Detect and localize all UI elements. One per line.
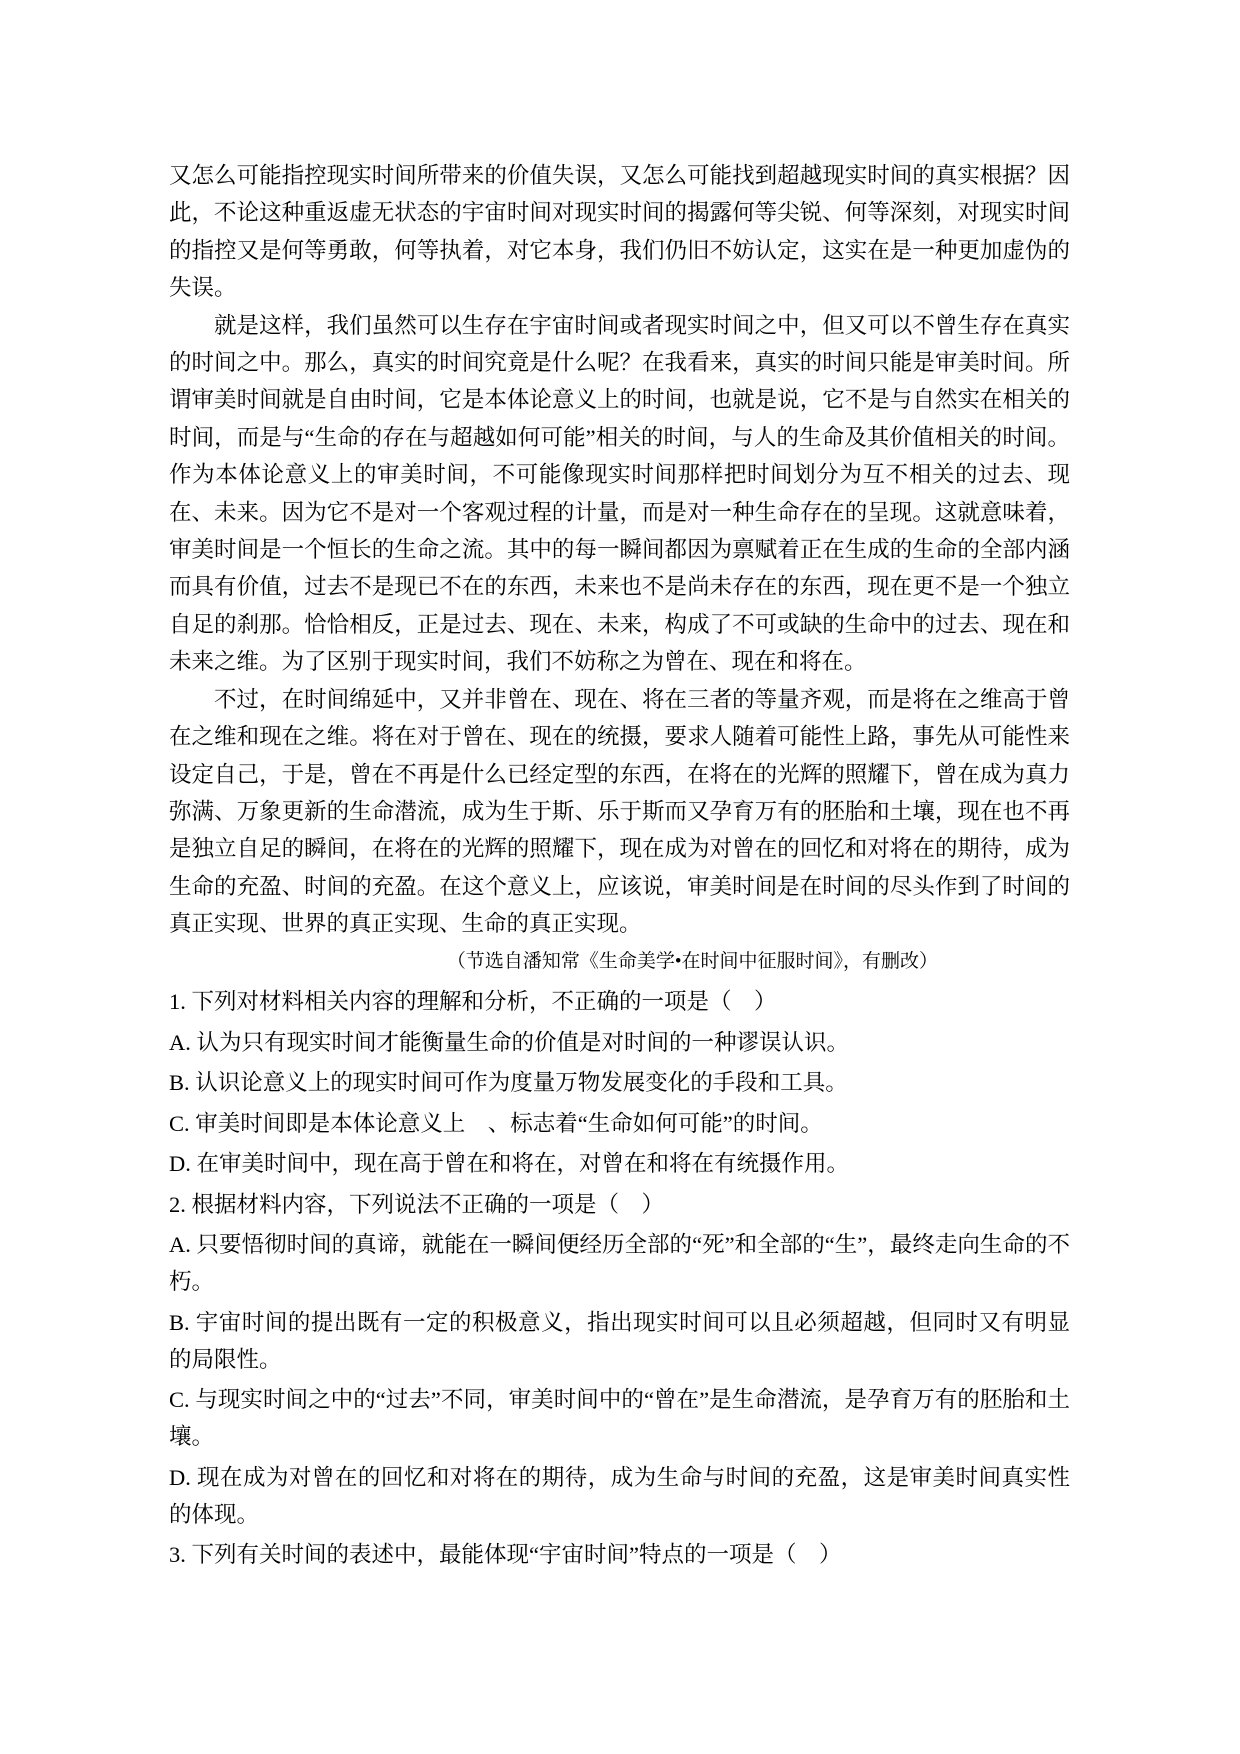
document-page: 又怎么可能指控现实时间所带来的价值失误，又怎么可能找到超越现实时间的真实根据？因… xyxy=(0,0,1240,1754)
question-1-option-d: D. 在审美时间中，现在高于曾在和将在，对曾在和将在有统摄作用。 xyxy=(169,1145,1070,1182)
question-2-option-b: B. 宇宙时间的提出既有一定的积极意义，指出现实时间可以且必须超越，但同时又有明… xyxy=(169,1304,1070,1378)
question-1-option-c: C. 审美时间即是本体论意义上 、标志着“生命如何可能”的时间。 xyxy=(169,1105,1070,1142)
question-1-option-a: A. 认为只有现实时间才能衡量生命的价值是对时间的一种谬误认识。 xyxy=(169,1024,1070,1061)
body-paragraph-2: 就是这样，我们虽然可以生存在宇宙时间或者现实时间之中，但又可以不曾生存在真实的时… xyxy=(169,307,1070,681)
question-2-stem: 2. 根据材料内容，下列说法不正确的一项是（ ） xyxy=(169,1186,1070,1223)
question-2-option-a: A. 只要悟彻时间的真谛，就能在一瞬间便经历全部的“死”和全部的“生”，最终走向… xyxy=(169,1226,1070,1300)
body-paragraph-3: 不过，在时间绵延中，又并非曾在、现在、将在三者的等量齐观，而是将在之维高于曾在之… xyxy=(169,681,1070,943)
question-1-option-b: B. 认识论意义上的现实时间可作为度量万物发展变化的手段和工具。 xyxy=(169,1064,1070,1101)
question-2-option-d: D. 现在成为对曾在的回忆和对将在的期待，成为生命与时间的充盈，这是审美时间真实… xyxy=(169,1459,1070,1533)
question-3-stem: 3. 下列有关时间的表述中，最能体现“宇宙时间”特点的一项是（ ） xyxy=(169,1536,1070,1573)
citation-line: （节选自潘知常《生命美学•在时间中征服时间》，有删改） xyxy=(169,943,1070,980)
body-paragraph-1: 又怎么可能指控现实时间所带来的价值失误，又怎么可能找到超越现实时间的真实根据？因… xyxy=(169,157,1070,307)
question-1-stem: 1. 下列对材料相关内容的理解和分析，不正确的一项是（ ） xyxy=(169,983,1070,1020)
document-content: 又怎么可能指控现实时间所带来的价值失误，又怎么可能找到超越现实时间的真实根据？因… xyxy=(169,157,1070,1573)
question-2-option-c: C. 与现实时间之中的“过去”不同，审美时间中的“曾在”是生命潜流，是孕育万有的… xyxy=(169,1381,1070,1455)
